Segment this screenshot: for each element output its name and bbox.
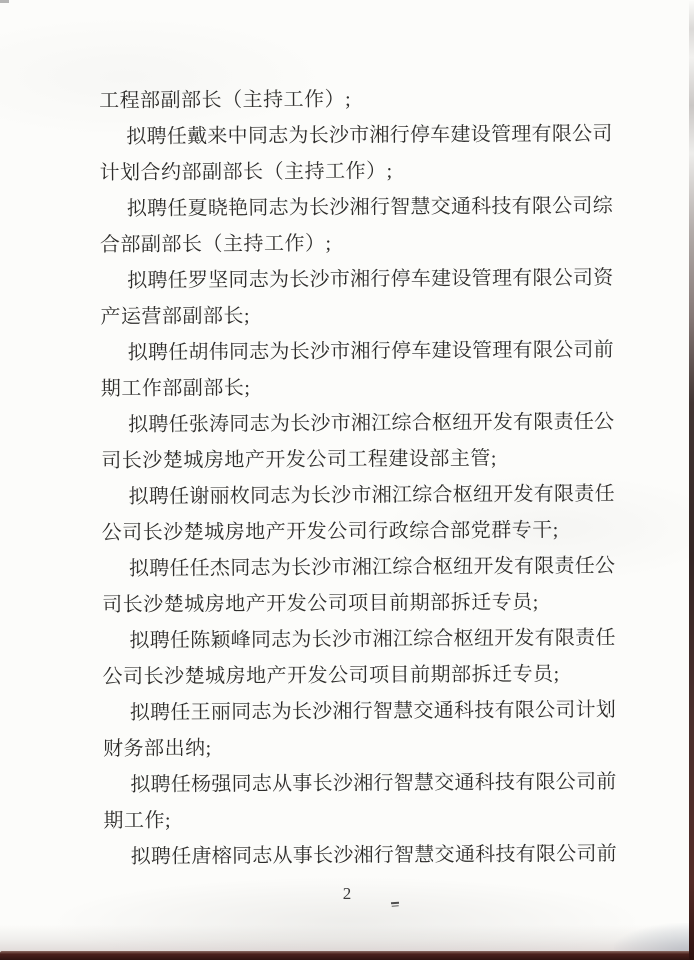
document-line: 合部副部长（主持工作）; <box>100 224 613 263</box>
bottom-page-edge-line <box>0 951 694 960</box>
document-line: 拟聘任罗坚同志为长沙市湘行停车建设管理有限公司资 <box>100 260 613 299</box>
document-line: 拟聘任谢丽枚同志为长沙市湘江综合枢纽开发有限责任 <box>101 476 614 515</box>
bottom-right-corner-shadow <box>614 923 694 953</box>
scan-speck-top-left <box>0 0 9 3</box>
document-text-block: 工程部副部长（主持工作）;拟聘任戴来中同志为长沙市湘行停车建设管理有限公司计划合… <box>99 80 617 875</box>
bottom-scan-shadow <box>0 925 694 951</box>
document-line: 拟聘任杨强同志从事长沙湘行智慧交通科技有限公司前 <box>103 764 616 803</box>
page-number: 2 <box>0 884 694 904</box>
document-line: 工程部副部长（主持工作）; <box>99 80 612 119</box>
document-line: 拟聘任胡伟同志为长沙市湘行停车建设管理有限公司前 <box>101 332 614 371</box>
document-line: 期工作部副部长; <box>101 368 614 407</box>
document-line: 拟聘任陈颖峰同志为长沙市湘江综合枢纽开发有限责任 <box>102 620 615 659</box>
document-line: 计划合约部副部长（主持工作）; <box>99 152 612 191</box>
document-line: 产运营部副部长; <box>100 296 613 335</box>
scanned-document-page: 工程部副部长（主持工作）;拟聘任戴来中同志为长沙市湘行停车建设管理有限公司计划合… <box>0 0 694 960</box>
document-line: 拟聘任张涛同志为长沙市湘江综合枢纽开发有限责任公 <box>101 404 614 443</box>
document-line: 期工作; <box>103 800 616 839</box>
document-line: 司长沙楚城房地产开发公司工程建设部主管; <box>101 440 614 479</box>
document-line: 拟聘任王丽同志为长沙湘行智慧交通科技有限公司计划 <box>103 692 616 731</box>
document-line: 公司长沙楚城房地产开发公司行政综合部党群专干; <box>102 512 615 551</box>
document-line: 财务部出纳; <box>103 728 616 767</box>
document-line: 司长沙楚城房地产开发公司项目前期部拆迁专员; <box>102 584 615 623</box>
document-line: 拟聘任任杰同志为长沙市湘江综合枢纽开发有限责任公 <box>102 548 615 587</box>
document-line: 公司长沙楚城房地产开发公司项目前期部拆迁专员; <box>103 656 616 695</box>
right-page-edge-line <box>689 0 694 960</box>
document-line: 拟聘任夏晓艳同志为长沙湘行智慧交通科技有限公司综 <box>100 188 613 227</box>
document-line: 拟聘任唐榕同志从事长沙湘行智慧交通科技有限公司前 <box>104 836 617 875</box>
document-line: 拟聘任戴来中同志为长沙市湘行停车建设管理有限公司 <box>99 116 612 155</box>
